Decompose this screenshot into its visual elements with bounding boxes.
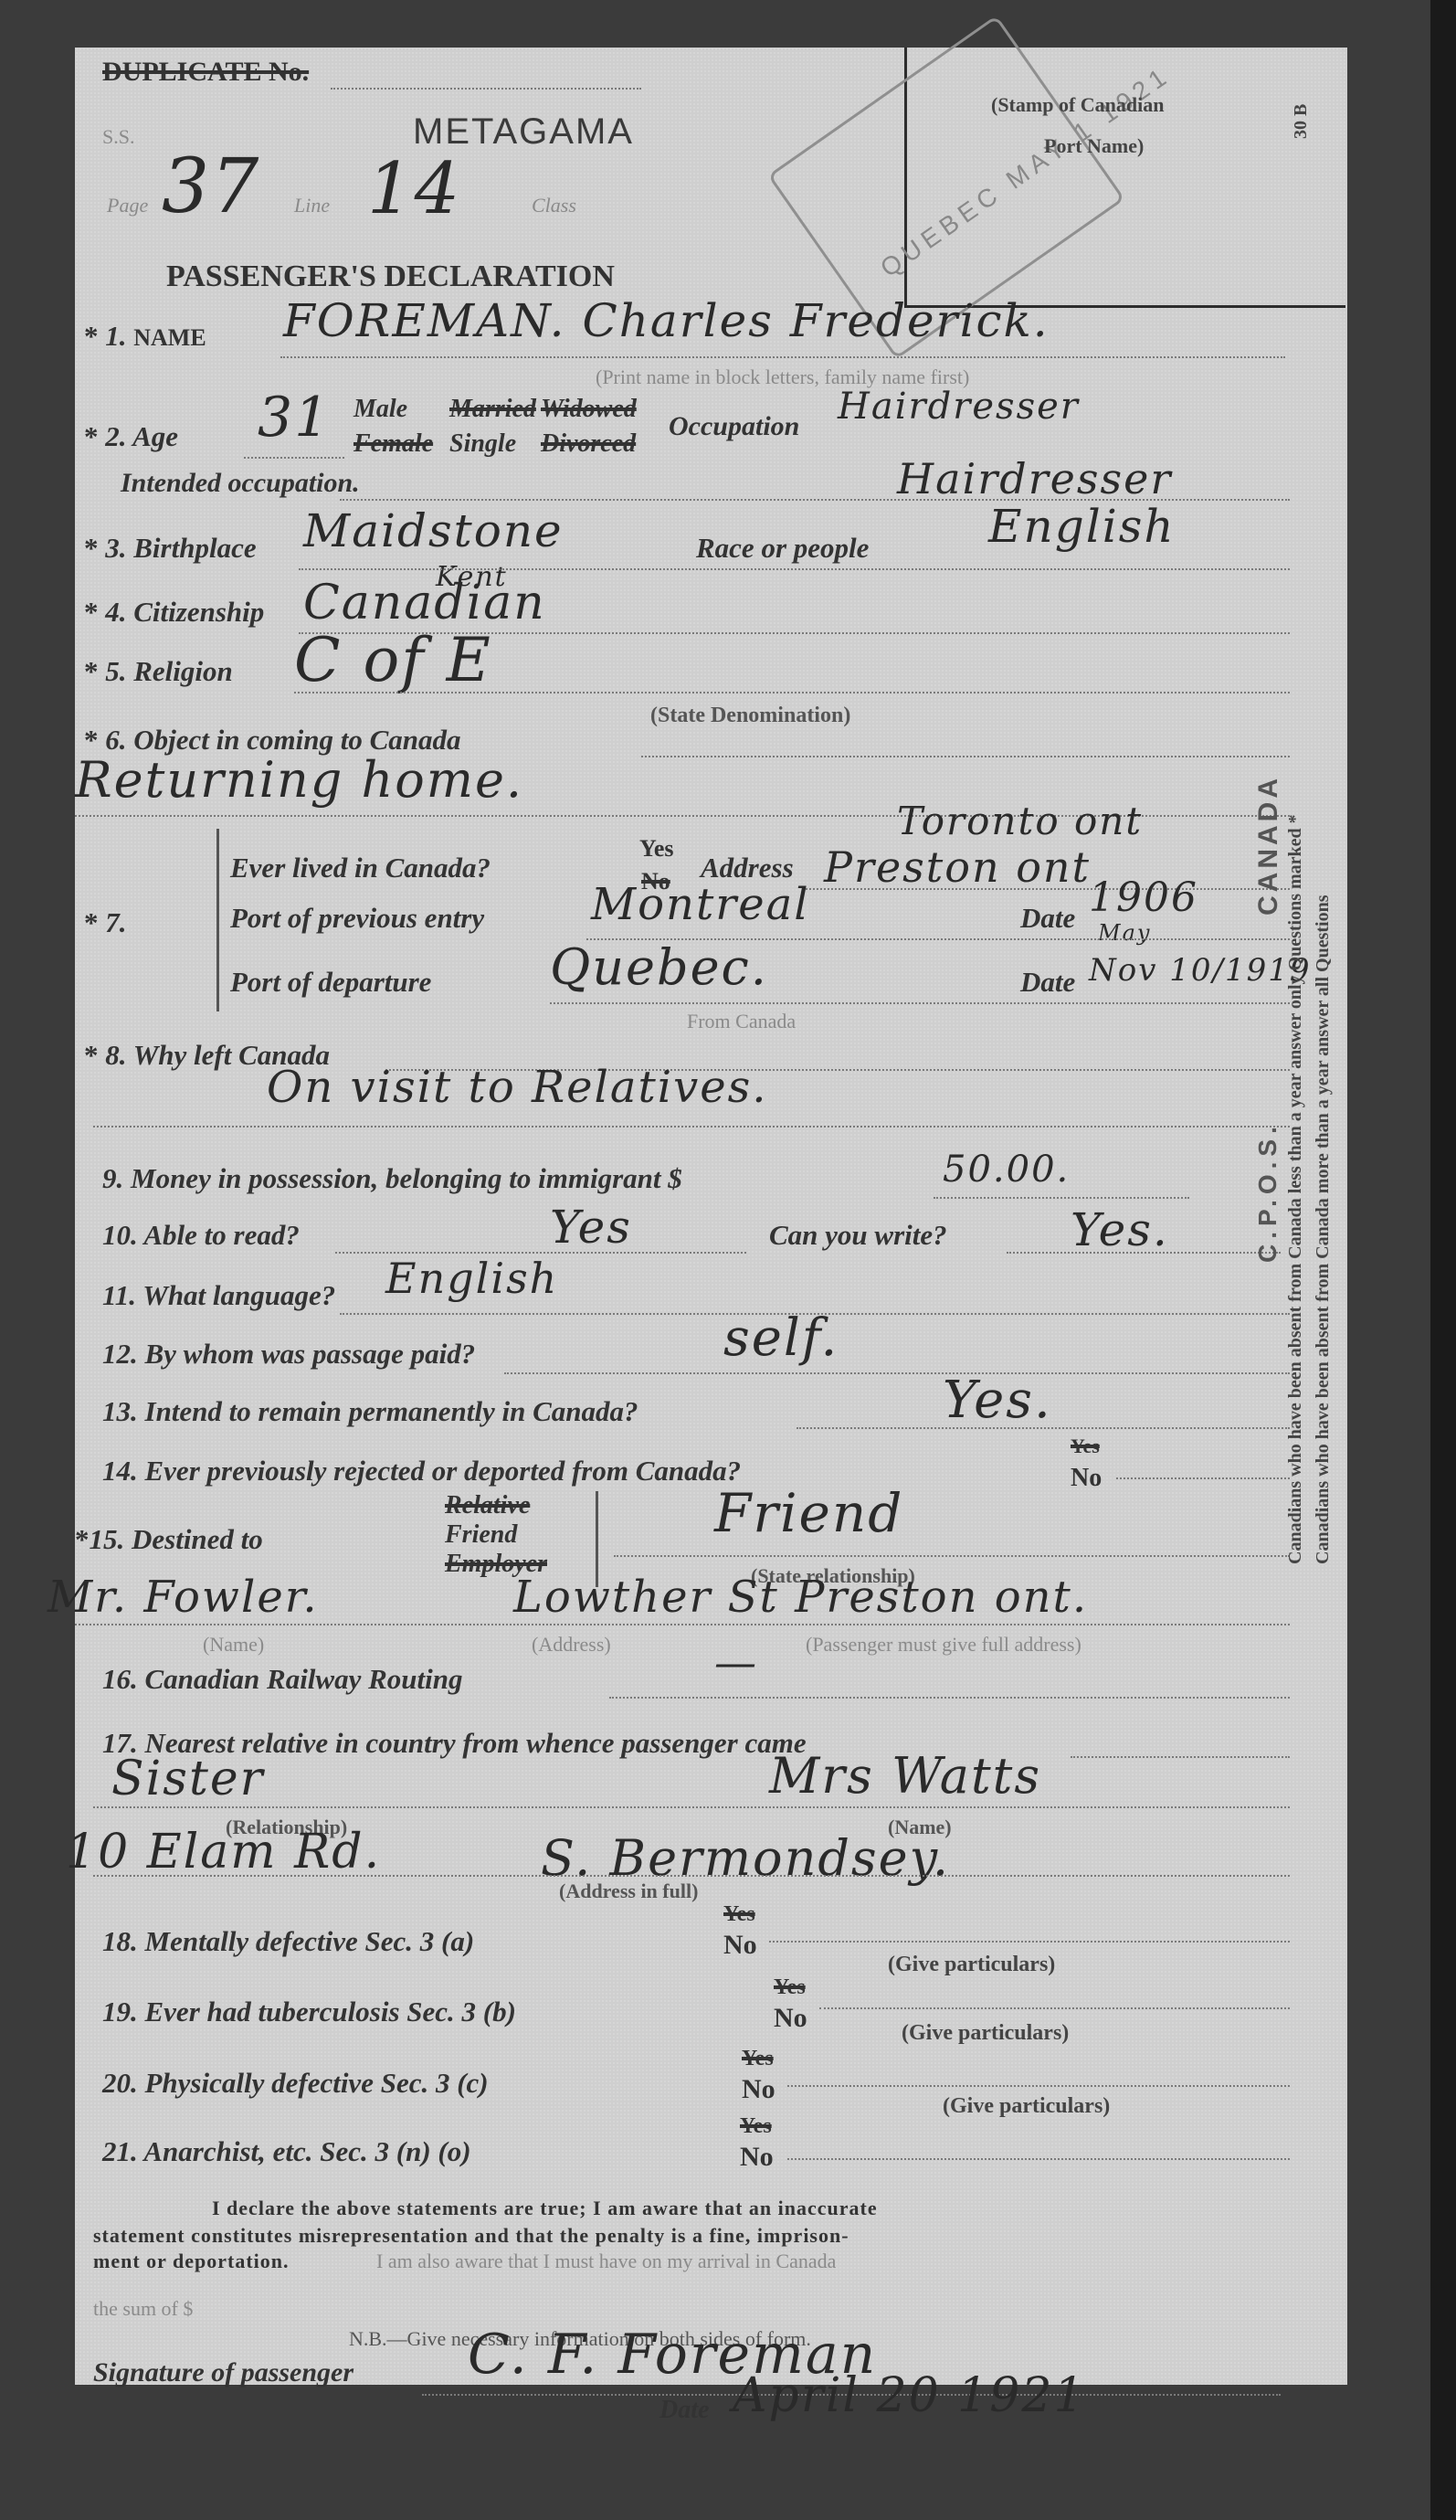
q17-address-value-1: 10 Elam Rd.: [66, 1825, 381, 1879]
q15-name-hint: (Name): [203, 1633, 264, 1657]
q6-line: [641, 756, 1290, 757]
q7-departure-label: Port of departure: [230, 966, 431, 999]
q10-read-value: Yes: [550, 1201, 632, 1254]
q19-hint: (Give particulars): [902, 2021, 1069, 2046]
stamp-label-1: (Stamp of Canadian: [991, 93, 1164, 117]
page-label: Page: [107, 194, 148, 217]
class-label: Class: [532, 194, 576, 217]
margin-fine-print-1: Canadians who have been absent from Cana…: [1285, 814, 1306, 1564]
q7-lived-label: Ever lived in Canada?: [230, 852, 491, 884]
q20-no: No: [742, 2074, 775, 2105]
q7-lived-yes: Yes: [639, 835, 674, 863]
q15-relationship-line: [614, 1555, 1290, 1557]
sex-male: Male: [353, 395, 407, 424]
q11-label: 11. What language?: [102, 1279, 335, 1312]
declaration-line-1: I declare the above statements are true;…: [212, 2197, 878, 2220]
q15-full-hint: (Passenger must give full address): [806, 1633, 1081, 1657]
q17-name-value: Mrs Watts: [769, 1747, 1041, 1805]
q20-hint: (Give particulars): [943, 2094, 1110, 2119]
q15-relationship-value: Friend: [714, 1482, 903, 1544]
q16-label: 16. Canadian Railway Routing: [102, 1663, 463, 1696]
page-value: 37: [162, 143, 260, 230]
q21-yes: Yes: [740, 2114, 772, 2139]
duplicate-line: [331, 88, 641, 90]
q7-prev-entry-value: Montreal: [591, 879, 810, 930]
q16-line: [609, 1697, 1290, 1699]
q10-write-label: Can you write?: [769, 1219, 947, 1252]
q2-occupation-label: Occupation: [669, 411, 799, 442]
q7-departure-date-label: Date: [1020, 966, 1075, 999]
passenger-declaration-card: DUPLICATE No. S.S. METAGAMA Page 37 Line…: [75, 48, 1347, 2385]
q20-line: [787, 2085, 1290, 2087]
q10-label: 10. Able to read?: [102, 1219, 300, 1252]
q7-departure-hint: From Canada: [687, 1010, 796, 1033]
q17-address-line: [93, 1875, 1290, 1877]
date-label: Date: [659, 2396, 709, 2425]
q12-label: 12. By whom was passage paid?: [102, 1338, 475, 1371]
duplicate-label: DUPLICATE No.: [102, 57, 309, 88]
q14-label: 14. Ever previously rejected or deported…: [102, 1455, 741, 1488]
stamp-box: QUEBEC MAY 1 1921 (Stamp of Canadian Por…: [904, 48, 1345, 308]
q7-departure-line: [550, 1002, 1290, 1004]
q2-occupation-value: Hairdresser: [838, 386, 1080, 428]
q1-label: * 1. NAME: [84, 320, 206, 353]
q18-line: [769, 1941, 1290, 1943]
q7-address-value-1: Toronto ont: [897, 799, 1143, 843]
margin-fine-print-2: Canadians who have been absent from Cana…: [1313, 895, 1334, 1564]
q13-line: [797, 1427, 1290, 1429]
q1-name-value: FOREMAN. Charles Frederick.: [283, 294, 1050, 347]
q7-prev-entry-label: Port of previous entry: [230, 902, 484, 935]
ship-label: S.S.: [102, 125, 134, 149]
q8-why-value: On visit to Relatives.: [267, 1062, 768, 1113]
q14-yes: Yes: [1071, 1435, 1100, 1458]
q3-line: [299, 568, 1290, 570]
q21-line: [787, 2158, 1290, 2160]
q2-age-label: * 2. Age: [84, 420, 178, 453]
q18-hint: (Give particulars): [888, 1953, 1055, 1977]
q7-num: * 7.: [84, 906, 127, 939]
q13-label: 13. Intend to remain permanently in Cana…: [102, 1395, 638, 1428]
ship-name-stamp: METAGAMA: [413, 111, 634, 153]
q11-language-value: English: [385, 1254, 558, 1303]
form-code: 30 B: [1291, 104, 1312, 139]
q7-address-line: [806, 888, 1290, 890]
sex-female: Female: [353, 429, 433, 459]
q7-prev-date-label: Date: [1020, 902, 1075, 935]
q19-line: [819, 2007, 1290, 2009]
q21-no: No: [740, 2142, 774, 2173]
declaration-line-2: statement constitutes misrepresentation …: [93, 2224, 849, 2248]
q7-prev-date-value: 1906: [1089, 874, 1198, 921]
q3-label: * 3. Birthplace: [84, 532, 257, 565]
q2-intended-value: Hairdresser: [897, 454, 1172, 503]
q5-label: * 5. Religion: [84, 655, 233, 688]
q4-citizenship-value: Canadian: [303, 576, 546, 630]
q2-age-value: 31: [258, 386, 331, 450]
q2-age-line: [244, 457, 344, 459]
q10-write-value: Yes.: [1071, 1203, 1169, 1256]
q6-object-value: Returning home.: [75, 751, 523, 809]
marital-widowed: Widowed: [541, 395, 637, 424]
q19-no: No: [774, 2003, 807, 2034]
q3-birthplace-value: Maidstone: [303, 504, 564, 557]
q8-line-2: [93, 1126, 1290, 1128]
declaration-line-3: ment or deportation.: [93, 2250, 290, 2273]
q17-relationship-value: Sister: [111, 1752, 264, 1806]
q13-remain-value: Yes.: [943, 1371, 1052, 1430]
q21-label: 21. Anarchist, etc. Sec. 3 (n) (o): [102, 2135, 471, 2168]
q20-label: 20. Physically defective Sec. 3 (c): [102, 2067, 489, 2100]
q20-yes: Yes: [742, 2047, 774, 2071]
cpos-stamp: C.P.O.S.: [1253, 1121, 1282, 1263]
form-title: PASSENGER'S DECLARATION: [166, 259, 615, 294]
q10-write-line: [1007, 1252, 1281, 1254]
q1-line: [280, 356, 1285, 358]
q7-departure-value: Quebec.: [550, 938, 768, 996]
q18-no: No: [723, 1930, 757, 1961]
q15-relative: Relative: [445, 1491, 530, 1520]
q17-address-value-2: S. Bermondsey.: [541, 1829, 950, 1887]
q9-money-value: 50.00.: [943, 1149, 1070, 1191]
q12-line: [504, 1372, 1290, 1374]
q18-label: 18. Mentally defective Sec. 3 (a): [102, 1925, 474, 1958]
q14-line: [1116, 1477, 1290, 1479]
q15-address-line: [75, 1624, 1290, 1625]
marital-single: Single: [449, 429, 516, 459]
q9-label: 9. Money in possession, belonging to imm…: [102, 1162, 682, 1195]
q15-address-value: Lowther St Preston ont.: [513, 1572, 1088, 1623]
q17-line: [1071, 1756, 1290, 1758]
q5-line: [294, 692, 1290, 694]
marital-married: Married: [449, 395, 536, 424]
q16-routing-value: —: [714, 1637, 758, 1687]
stamp-label-2: Port Name): [1044, 134, 1144, 158]
declaration-faint-line-2: the sum of $: [93, 2297, 193, 2321]
q19-yes: Yes: [774, 1975, 806, 2000]
q19-label: 19. Ever had tuberculosis Sec. 3 (b): [102, 1996, 516, 2028]
canada-stamp: CANADA: [1253, 775, 1284, 916]
q12-paid-value: self.: [723, 1308, 839, 1368]
q15-address-hint: (Address): [532, 1633, 611, 1657]
q7-prev-date-note: May: [1098, 920, 1151, 946]
q18-yes: Yes: [723, 1902, 755, 1927]
q14-no: No: [1071, 1464, 1102, 1493]
marital-divorced: Divorced: [541, 429, 636, 459]
q7-bracket: [216, 829, 219, 1011]
declaration-faint-line: I am also aware that I must have on my a…: [376, 2250, 836, 2273]
q2-intended-label: Intended occupation.: [121, 468, 360, 499]
q5-religion-value: C of E: [294, 625, 492, 695]
q15-friend: Friend: [445, 1520, 517, 1550]
line-value: 14: [367, 148, 461, 230]
q3-race-value: English: [988, 500, 1176, 553]
line-label: Line: [294, 194, 330, 217]
q9-line: [934, 1197, 1189, 1199]
q15-label: *15. Destined to: [75, 1523, 263, 1556]
q15-name-value: Mr. Fowler.: [47, 1572, 319, 1623]
q4-label: * 4. Citizenship: [84, 596, 264, 629]
date-value: April 20 1921: [733, 2368, 1086, 2423]
q5-hint: (State Denomination): [650, 704, 850, 728]
q17-address-hint: (Address in full): [559, 1879, 698, 1903]
signature-label: Signature of passenger: [93, 2357, 353, 2388]
q17-name-line: [93, 1806, 1290, 1808]
q3-race-label: Race or people: [696, 532, 869, 565]
q7-departure-date-value: Nov 10/1919: [1089, 952, 1311, 989]
q7-address-value-2: Preston ont: [824, 842, 1091, 892]
